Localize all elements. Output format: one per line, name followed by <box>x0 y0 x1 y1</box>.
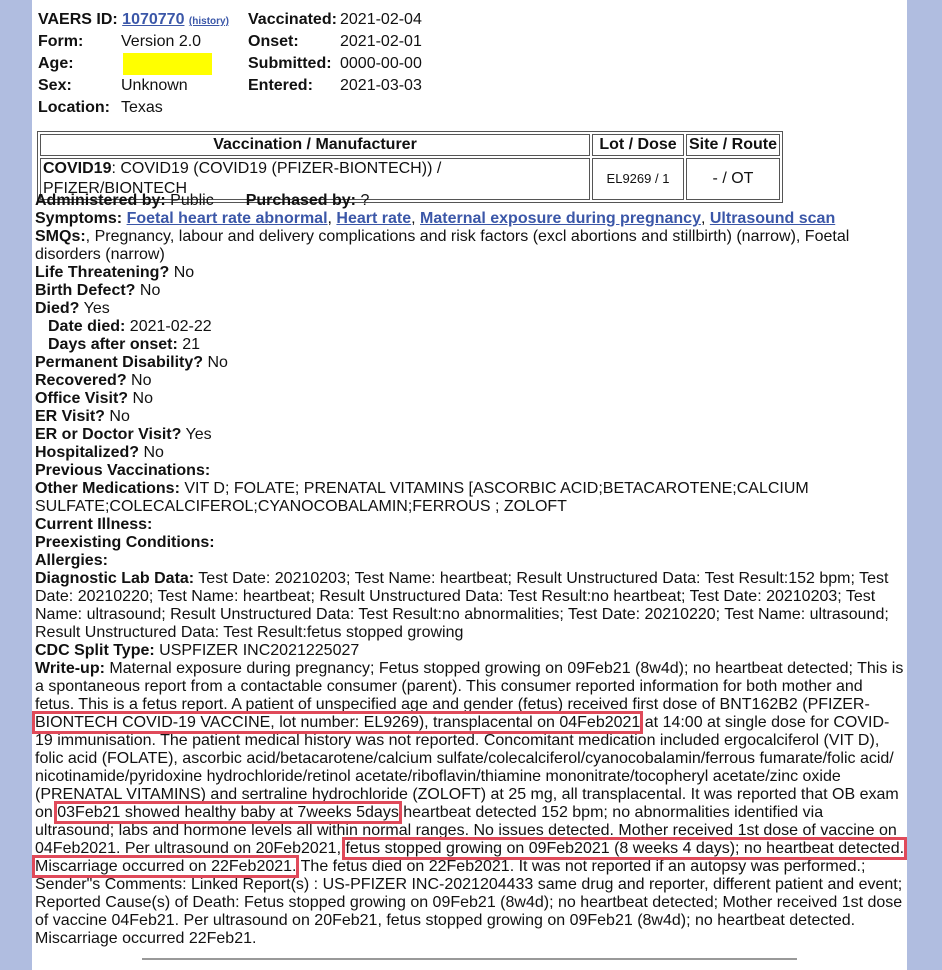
symptoms-line: Symptoms: Foetal heart rate abnormal, He… <box>35 210 905 228</box>
administered-value: Public <box>170 192 214 209</box>
lab-data-line: Diagnostic Lab Data: Test Date: 20210203… <box>35 570 905 642</box>
onset-value: 2021-02-01 <box>340 31 422 53</box>
highlighted-fetus-stopped: fetus stopped growing on 09Feb2021 (8 we… <box>345 840 904 857</box>
days-after-label: Days after onset: <box>48 336 178 353</box>
highlighted-vaccine-lot: BIONTECH COVID-19 VACCINE, lot number: E… <box>35 714 640 731</box>
history-link[interactable]: (history) <box>189 16 229 27</box>
highlighted-healthy-exam: 03Feb21 showed healthy baby at 7weeks 5d… <box>57 804 399 821</box>
purchased-value: ? <box>360 192 369 209</box>
perm-disability-label: Permanent Disability? <box>35 354 203 371</box>
days-after-value: 21 <box>182 336 200 353</box>
col-header-lot: Lot / Dose <box>592 134 684 156</box>
prev-vax-line: Previous Vaccinations: <box>35 462 905 480</box>
writeup-text: Maternal exposure during pregnancy; Fetu… <box>35 660 903 713</box>
other-meds-label: Other Medications: <box>35 480 180 497</box>
table-header-row: Vaccination / Manufacturer Lot / Dose Si… <box>40 134 780 156</box>
highlighted-miscarriage: Miscarriage occurred on 22Feb2021. <box>35 858 296 875</box>
life-threatening-value: No <box>174 264 194 281</box>
purchased-label: Purchased by: <box>246 192 356 209</box>
er-doctor-label: ER or Doctor Visit? <box>35 426 181 443</box>
administered-label: Administered by: <box>35 192 166 209</box>
report-details: Administered by: PublicPurchased by: ? S… <box>35 192 905 948</box>
preexisting-label: Preexisting Conditions: <box>35 534 215 551</box>
writeup-label: Write-up: <box>35 660 105 677</box>
date-died-label: Date died: <box>48 318 125 335</box>
smqs-label: SMQs: <box>35 228 86 245</box>
vaers-id-link[interactable]: 1070770 <box>122 11 184 28</box>
symptom-link[interactable]: Foetal heart rate abnormal <box>127 210 328 227</box>
col-header-site: Site / Route <box>686 134 780 156</box>
office-visit-label: Office Visit? <box>35 390 128 407</box>
perm-disability-value: No <box>208 354 228 371</box>
current-illness-line: Current Illness: <box>35 516 905 534</box>
entered-label: Entered: <box>248 75 313 97</box>
onset-label: Onset: <box>248 31 299 53</box>
col-header-vaccination: Vaccination / Manufacturer <box>40 134 590 156</box>
lab-data-label: Diagnostic Lab Data: <box>35 570 194 587</box>
report-page: VAERS ID: 1070770 (history) Vaccinated: … <box>32 0 907 970</box>
current-illness-label: Current Illness: <box>35 516 152 533</box>
allergies-label: Allergies: <box>35 552 108 569</box>
birth-defect-label: Birth Defect? <box>35 282 135 299</box>
symptom-link[interactable]: Ultrasound scan <box>710 210 835 227</box>
symptom-link[interactable]: Maternal exposure during pregnancy <box>420 210 701 227</box>
er-doctor-line: ER or Doctor Visit? Yes <box>35 426 905 444</box>
died-line: Died? Yes <box>35 300 905 318</box>
birth-defect-value: No <box>140 282 160 299</box>
location-value: Texas <box>121 97 163 119</box>
submitted-label: Submitted: <box>248 53 332 75</box>
vaccinated-value: 2021-02-04 <box>340 9 422 31</box>
symptoms-label: Symptoms: <box>35 210 122 227</box>
died-label: Died? <box>35 300 79 317</box>
entered-value: 2021-03-03 <box>340 75 422 97</box>
office-visit-value: No <box>133 390 153 407</box>
allergies-line: Allergies: <box>35 552 905 570</box>
recovered-line: Recovered? No <box>35 372 905 390</box>
administered-line: Administered by: PublicPurchased by: ? <box>35 192 905 210</box>
separator <box>142 958 797 960</box>
cdc-split-line: CDC Split Type: USPFIZER INC2021225027 <box>35 642 905 660</box>
er-visit-line: ER Visit? No <box>35 408 905 426</box>
submitted-value: 0000-00-00 <box>340 53 422 75</box>
hospitalized-line: Hospitalized? No <box>35 444 905 462</box>
birth-defect-line: Birth Defect? No <box>35 282 905 300</box>
perm-disability-line: Permanent Disability? No <box>35 354 905 372</box>
sex-value: Unknown <box>121 75 188 97</box>
er-visit-value: No <box>109 408 129 425</box>
form-label: Form: <box>38 31 83 53</box>
died-value: Yes <box>84 300 110 317</box>
date-died-line: Date died: 2021-02-22 <box>35 318 905 336</box>
days-after-line: Days after onset: 21 <box>35 336 905 354</box>
age-label: Age: <box>38 53 74 75</box>
location-label: Location: <box>38 97 110 119</box>
preexisting-line: Preexisting Conditions: <box>35 534 905 552</box>
cdc-split-label: CDC Split Type: <box>35 642 155 659</box>
cdc-split-value: USPFIZER INC2021225027 <box>159 642 359 659</box>
other-meds-line: Other Medications: VIT D; FOLATE; PRENAT… <box>35 480 905 516</box>
life-threatening-label: Life Threatening? <box>35 264 169 281</box>
date-died-value: 2021-02-22 <box>130 318 212 335</box>
vaccine-type: COVID19 <box>43 160 111 177</box>
recovered-label: Recovered? <box>35 372 127 389</box>
form-value: Version 2.0 <box>121 31 201 53</box>
symptom-link[interactable]: Heart rate <box>336 210 411 227</box>
life-threatening-line: Life Threatening? No <box>35 264 905 282</box>
office-visit-line: Office Visit? No <box>35 390 905 408</box>
writeup-line: Write-up: Maternal exposure during pregn… <box>35 660 905 948</box>
sex-label: Sex: <box>38 75 72 97</box>
age-redaction <box>123 53 212 75</box>
er-doctor-value: Yes <box>186 426 212 443</box>
recovered-value: No <box>131 372 151 389</box>
vaers-id-field: VAERS ID: 1070770 (history) <box>38 9 229 33</box>
hospitalized-label: Hospitalized? <box>35 444 139 461</box>
vaccinated-label: Vaccinated: <box>248 9 337 31</box>
hospitalized-value: No <box>143 444 163 461</box>
smqs-value: , Pregnancy, labour and delivery complic… <box>35 228 849 263</box>
er-visit-label: ER Visit? <box>35 408 105 425</box>
vaers-id-label: VAERS ID: <box>38 11 118 28</box>
smqs-line: SMQs:, Pregnancy, labour and delivery co… <box>35 228 905 264</box>
prev-vax-label: Previous Vaccinations: <box>35 462 210 479</box>
